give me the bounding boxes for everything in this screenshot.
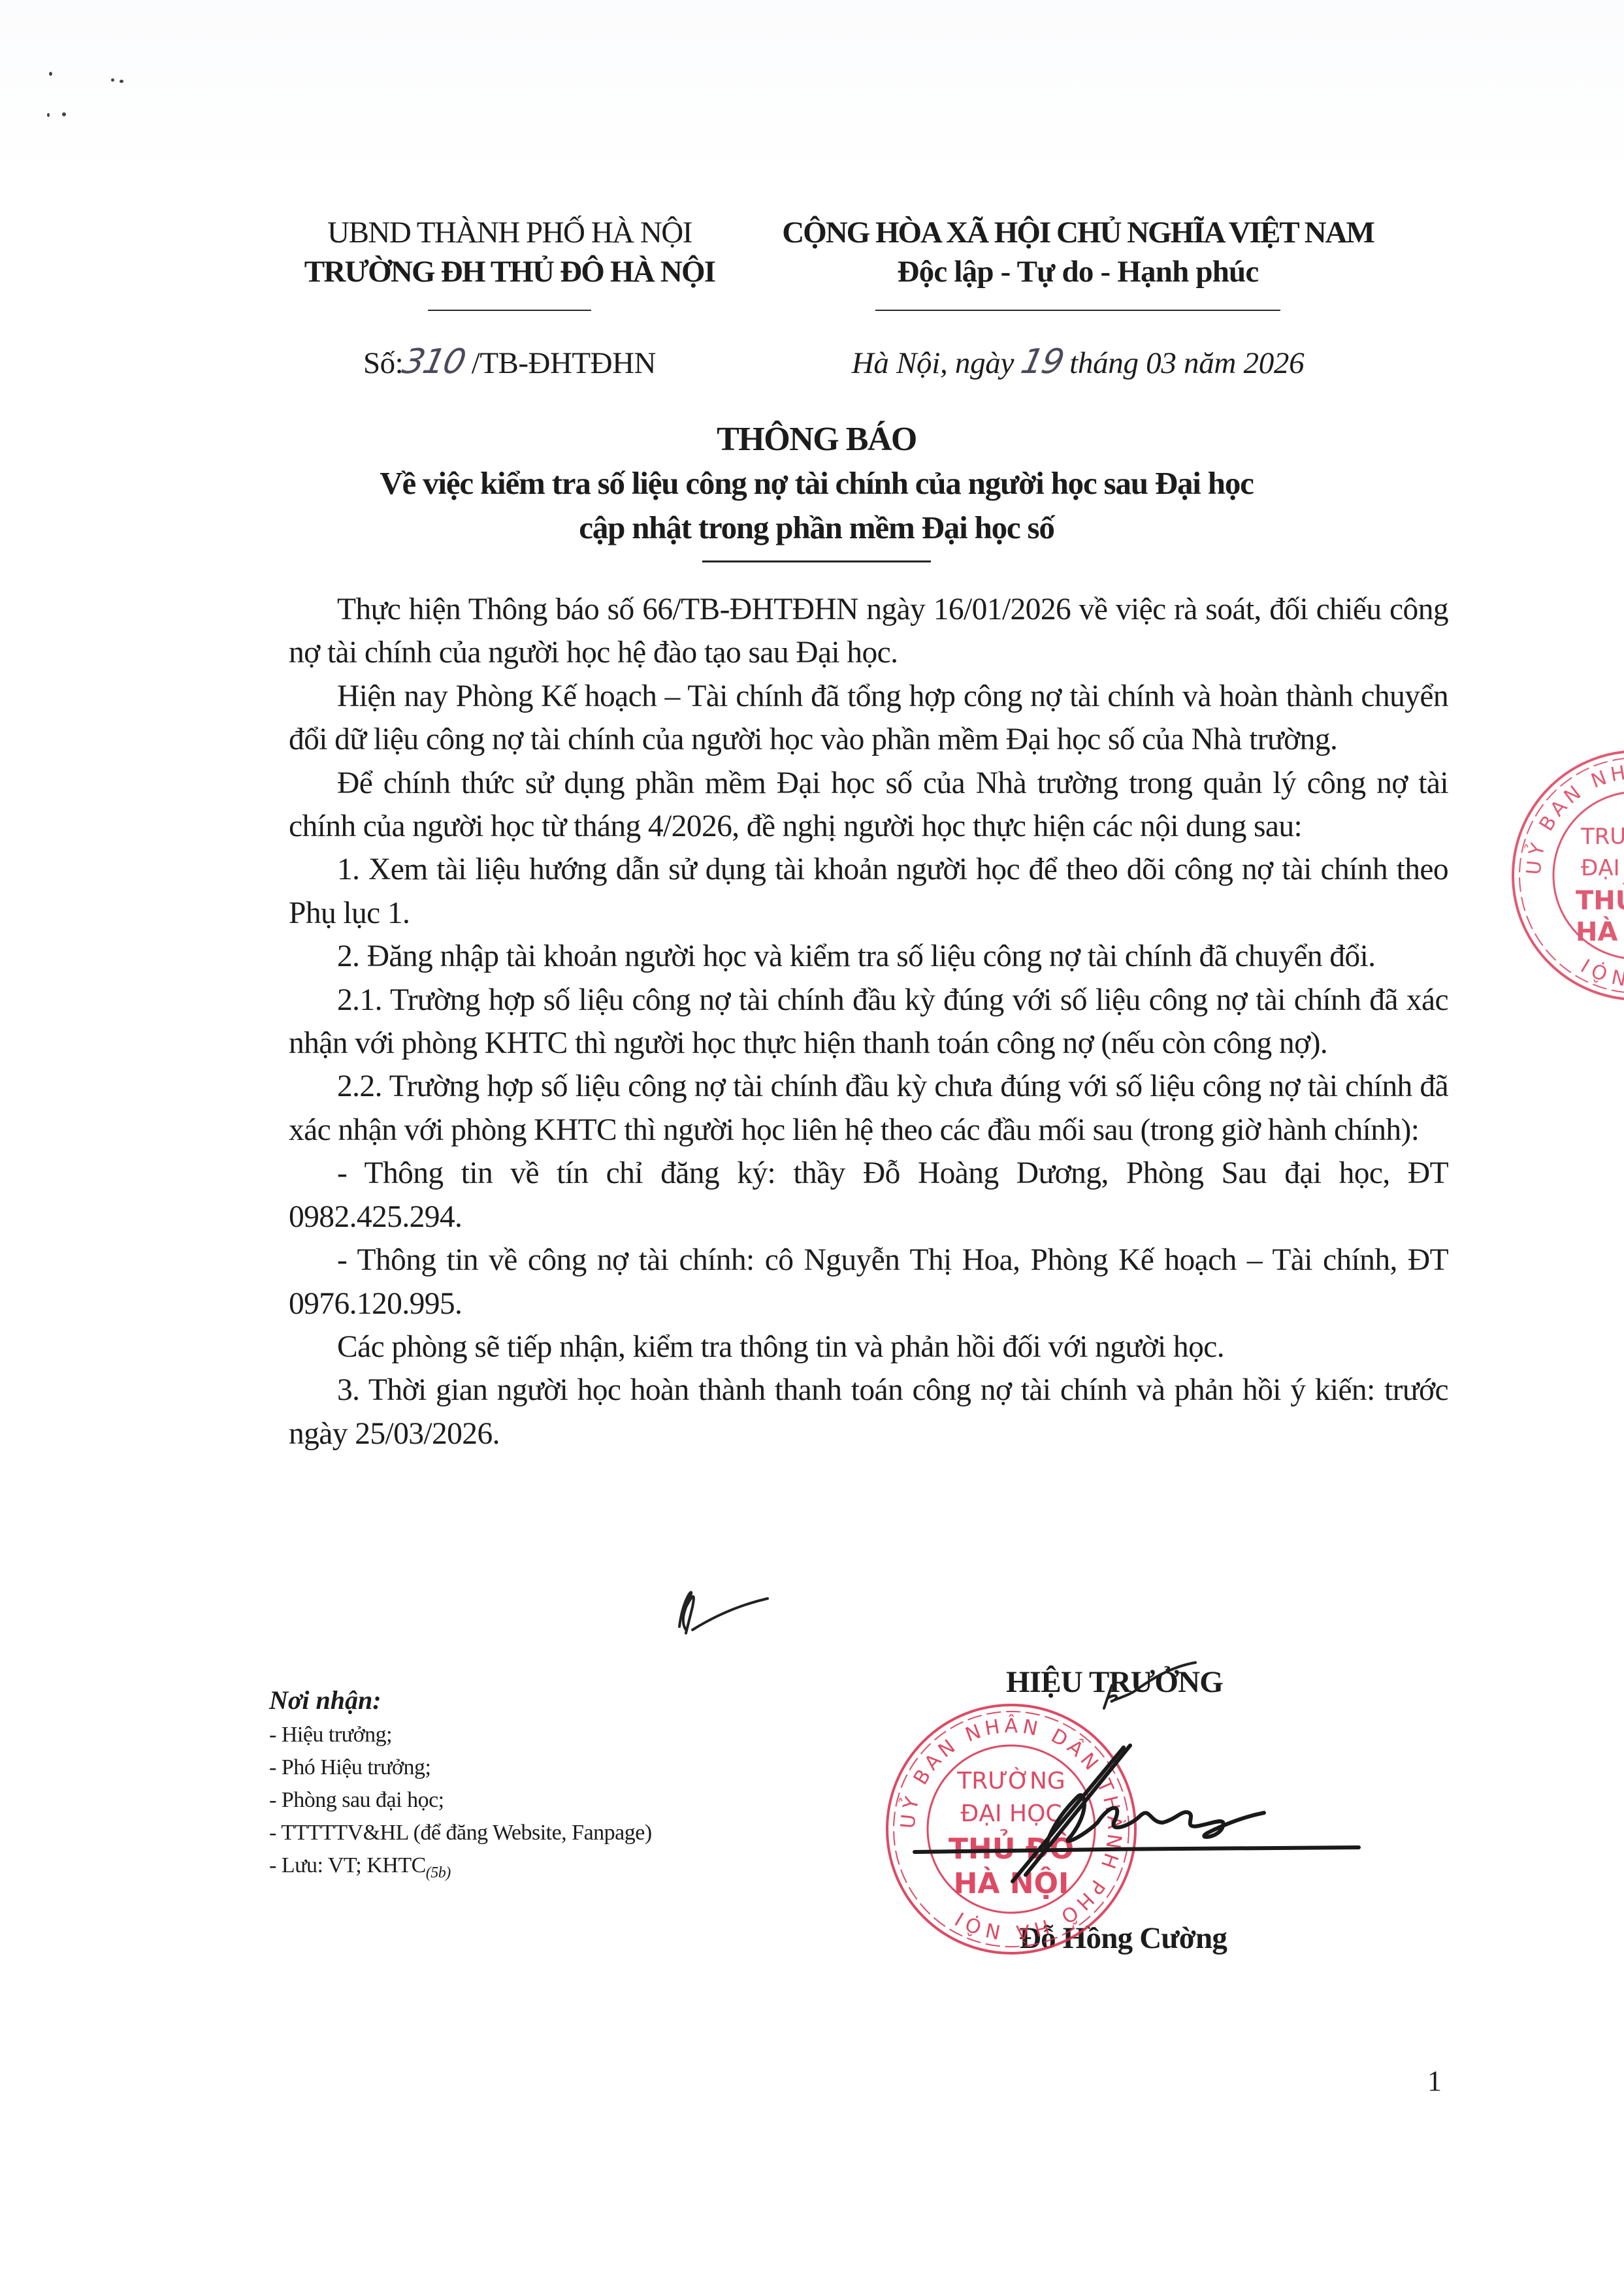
date-day-handwritten: 19 [1017, 342, 1066, 381]
body-paragraph: - Thông tin về tín chỉ đăng ký: thầy Đỗ … [289, 1152, 1448, 1239]
svg-text:THỦ ĐÔ: THỦ ĐÔ [949, 1828, 1074, 1866]
body-paragraph: Hiện nay Phòng Kế hoạch – Tài chính đã t… [289, 675, 1448, 762]
date-prefix: Hà Nội, ngày [852, 346, 1022, 380]
recipient-item: - Phó Hiệu trưởng; [269, 1751, 857, 1784]
scan-speck [111, 78, 114, 82]
header-right-rule [875, 310, 1280, 311]
recipient-archive: - Lưu: VT; KHTC(5b) [269, 1849, 857, 1889]
header-left-rule [428, 310, 591, 311]
scan-speck [120, 80, 123, 83]
recipient-item: - Hiệu trưởng; [269, 1719, 857, 1751]
body-paragraph: Các phòng sẽ tiếp nhận, kiểm tra thông t… [289, 1325, 1448, 1369]
page-number: 1 [1427, 2064, 1442, 2098]
svg-text:ĐẠI HỌC: ĐẠI HỌC [960, 1800, 1062, 1827]
signature-icon [915, 1745, 1359, 1881]
body-paragraph: 2.2. Trường hợp số liệu công nợ tài chín… [289, 1065, 1448, 1152]
recipient-item: - TTTTTV&HL (để đăng Website, Fanpage) [269, 1817, 857, 1849]
scan-speck [62, 112, 66, 116]
body-paragraph: Để chính thức sử dụng phần mềm Đại học s… [289, 762, 1448, 849]
body-paragraph: 1. Xem tài liệu hướng dẫn sử dụng tài kh… [289, 848, 1448, 935]
body-paragraph: 3. Thời gian người học hoàn thành thanh … [289, 1369, 1448, 1455]
notice-subtitle-line2: cập nhật trong phần mềm Đại học số [261, 506, 1372, 550]
title-rule [702, 560, 931, 562]
issue-date: Hà Nội, ngày 19 tháng 03 năm 2026 [751, 342, 1405, 381]
ref-prefix: Số: [363, 346, 403, 380]
scan-speck [49, 72, 52, 76]
archive-copies: (5b) [426, 1864, 451, 1881]
svg-text:THỦ ĐÔ: THỦ ĐÔ [1576, 881, 1624, 916]
svg-text:HÀ NỘI: HÀ NỘI [954, 1866, 1069, 1900]
body-paragraph: 2. Đăng nhập tài khoản người học và kiểm… [289, 935, 1448, 978]
authority-name: UBND THÀNH PHỐ HÀ NỘI [248, 213, 771, 252]
svg-text:ĐẠI HỌC: ĐẠI HỌC [1581, 855, 1624, 881]
date-suffix: tháng 03 năm 2026 [1062, 346, 1305, 380]
svg-text:HÀ NỘI: HÀ NỘI [1576, 916, 1624, 947]
national-motto: Độc lập - Tự do - Hạnh phúc [751, 252, 1405, 291]
recipient-item: - Phòng sau đại học; [269, 1784, 857, 1817]
scan-speck [47, 113, 50, 117]
national-title: CỘNG HÒA XÃ HỘI CHỦ NGHĨA VIỆT NAM [751, 213, 1405, 252]
archive-label: - Lưu: VT; KHTC [269, 1853, 426, 1877]
svg-text:UỶ BAN NHÂN DÂN THÀNH PHỐ HÀ N: UỶ BAN NHÂN DÂN THÀNH PHỐ HÀ NỘI [896, 1714, 1126, 1945]
notice-subtitle-line1: Về việc kiểm tra số liệu công nợ tài chí… [261, 461, 1372, 506]
signer-position: HIỆU TRƯỞNG [1006, 1664, 1223, 1700]
document-page: UBND THÀNH PHỐ HÀ NỘI TRƯỜNG ĐH THỦ ĐÔ H… [0, 0, 1624, 2289]
body-paragraph: Thực hiện Thông báo số 66/TB-ĐHTĐHN ngày… [289, 588, 1448, 675]
ref-suffix: /TB-ĐHTĐHN [464, 346, 656, 380]
document-reference: Số:310 /TB-ĐHTĐHN [248, 342, 771, 381]
national-heading-block: CỘNG HÒA XÃ HỘI CHỦ NGHĨA VIỆT NAM Độc l… [751, 213, 1405, 381]
svg-text:TRƯỜNG: TRƯỜNG [1580, 823, 1624, 850]
svg-text:TRƯỜNG: TRƯỜNG [956, 1767, 1065, 1794]
notice-title-block: THÔNG BÁO Về việc kiểm tra số liệu công … [261, 418, 1372, 562]
body-paragraph: - Thông tin về công nợ tài chính: cô Ngu… [289, 1239, 1448, 1325]
initial-mark-icon [679, 1592, 768, 1633]
ref-number-handwritten: 310 [399, 342, 468, 381]
notice-body: Thực hiện Thông báo số 66/TB-ĐHTĐHN ngày… [289, 588, 1448, 1455]
body-paragraph: 2.1. Trường hợp số liệu công nợ tài chín… [289, 979, 1448, 1065]
signer-name: Đỗ Hồng Cường [1019, 1921, 1227, 1956]
organization-name: TRƯỜNG ĐH THỦ ĐÔ HÀ NỘI [248, 252, 771, 291]
notice-title: THÔNG BÁO [261, 418, 1372, 461]
issuing-authority-block: UBND THÀNH PHỐ HÀ NỘI TRƯỜNG ĐH THỦ ĐÔ H… [248, 213, 771, 381]
school-seal-icon: UỶ BAN NHÂN DÂN THÀNH PHỐ HÀ NỘI TRƯỜNG … [887, 1705, 1135, 1953]
svg-text:UỶ BAN NHÂN DÂN THÀNH PHỐ HÀ N: UỶ BAN NHÂN DÂN THÀNH PHỐ HÀ NỘI [1522, 760, 1624, 991]
edge-seal-icon: UỶ BAN NHÂN DÂN THÀNH PHỐ HÀ NỘI TRƯỜNG … [1513, 751, 1624, 999]
recipients-block: Nơi nhận: - Hiệu trưởng; - Phó Hiệu trưở… [269, 1682, 857, 1889]
recipients-title: Nơi nhận: [269, 1682, 857, 1719]
